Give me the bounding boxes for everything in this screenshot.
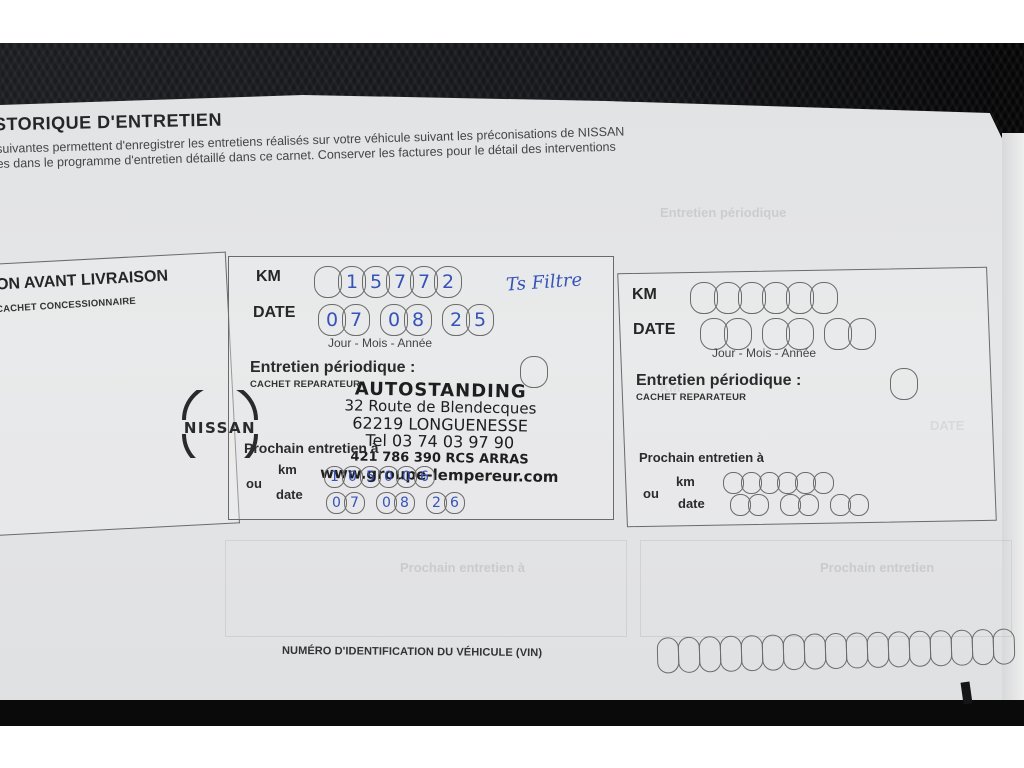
next-date-label: date [678, 496, 705, 511]
digit-cell[interactable]: 6 [444, 492, 465, 514]
km-field[interactable]: 15772 [314, 266, 458, 298]
next-service-label: Prochain entretien à [244, 440, 379, 456]
ghost-text: Entretien périodique [660, 205, 786, 220]
next-km-label: km [278, 462, 297, 477]
digit-cell[interactable]: 6 [414, 466, 435, 488]
digit-cell[interactable] [888, 631, 911, 668]
digit-cell[interactable] [813, 472, 834, 494]
digit-cell[interactable] [867, 632, 890, 669]
checkbox-cell[interactable] [890, 368, 918, 400]
digit-cell[interactable] [657, 637, 680, 674]
date-legend: Jour - Mois - Année [328, 336, 432, 350]
digit-cell[interactable] [810, 282, 838, 314]
digit-cell[interactable] [846, 632, 869, 669]
repairer-stamp-label: CACHET REPARATEUR [636, 392, 746, 403]
digit-cell[interactable] [971, 629, 994, 666]
km-label: KM [632, 286, 657, 304]
km-label: KM [256, 268, 281, 286]
digit-cell[interactable] [992, 628, 1015, 665]
digit-cell[interactable] [848, 494, 869, 516]
vin-label: NUMÉRO D'IDENTIFICATION DU VÉHICULE (VIN… [282, 645, 542, 659]
periodic-service-checkbox[interactable] [890, 368, 914, 400]
next-service-label: Prochain entretien à [639, 450, 764, 465]
digit-cell[interactable] [950, 629, 973, 666]
periodic-service-label: Entretien périodique : [250, 359, 415, 377]
page-shadow [0, 700, 1024, 726]
date-label: DATE [633, 321, 675, 339]
digit-cell[interactable] [741, 635, 764, 672]
date-legend: Jour - Mois - Année [712, 346, 816, 360]
digit-cell[interactable] [783, 634, 806, 671]
date-label: DATE [253, 304, 295, 322]
digit-cell[interactable] [678, 637, 701, 674]
next-date-label: date [276, 487, 303, 502]
digit-cell[interactable] [762, 634, 785, 671]
km-field[interactable] [690, 282, 834, 314]
digit-cell[interactable] [929, 630, 952, 667]
next-km-field[interactable] [723, 472, 831, 494]
digit-cell[interactable]: 5 [466, 304, 494, 336]
digit-cell[interactable] [825, 633, 848, 670]
digit-cell[interactable] [804, 633, 827, 670]
digit-cell[interactable] [699, 636, 722, 673]
logo-text: NISSAN [184, 419, 256, 437]
next-km-field[interactable]: 105006 [324, 466, 432, 488]
digit-cell[interactable] [720, 635, 743, 672]
next-date-field[interactable]: 070826 [326, 492, 462, 514]
or-label: ou [643, 486, 659, 501]
ghost-box [225, 540, 627, 637]
ghost-box [640, 540, 1012, 637]
next-date-field[interactable] [730, 494, 866, 516]
digit-cell[interactable]: 2 [434, 266, 462, 298]
digit-cell[interactable] [848, 318, 876, 350]
or-label: ou [246, 476, 262, 491]
date-field[interactable]: 070825 [318, 304, 490, 336]
periodic-service-label: Entretien périodique : [636, 372, 801, 390]
digit-cell[interactable] [909, 631, 932, 668]
next-km-label: km [676, 474, 695, 489]
